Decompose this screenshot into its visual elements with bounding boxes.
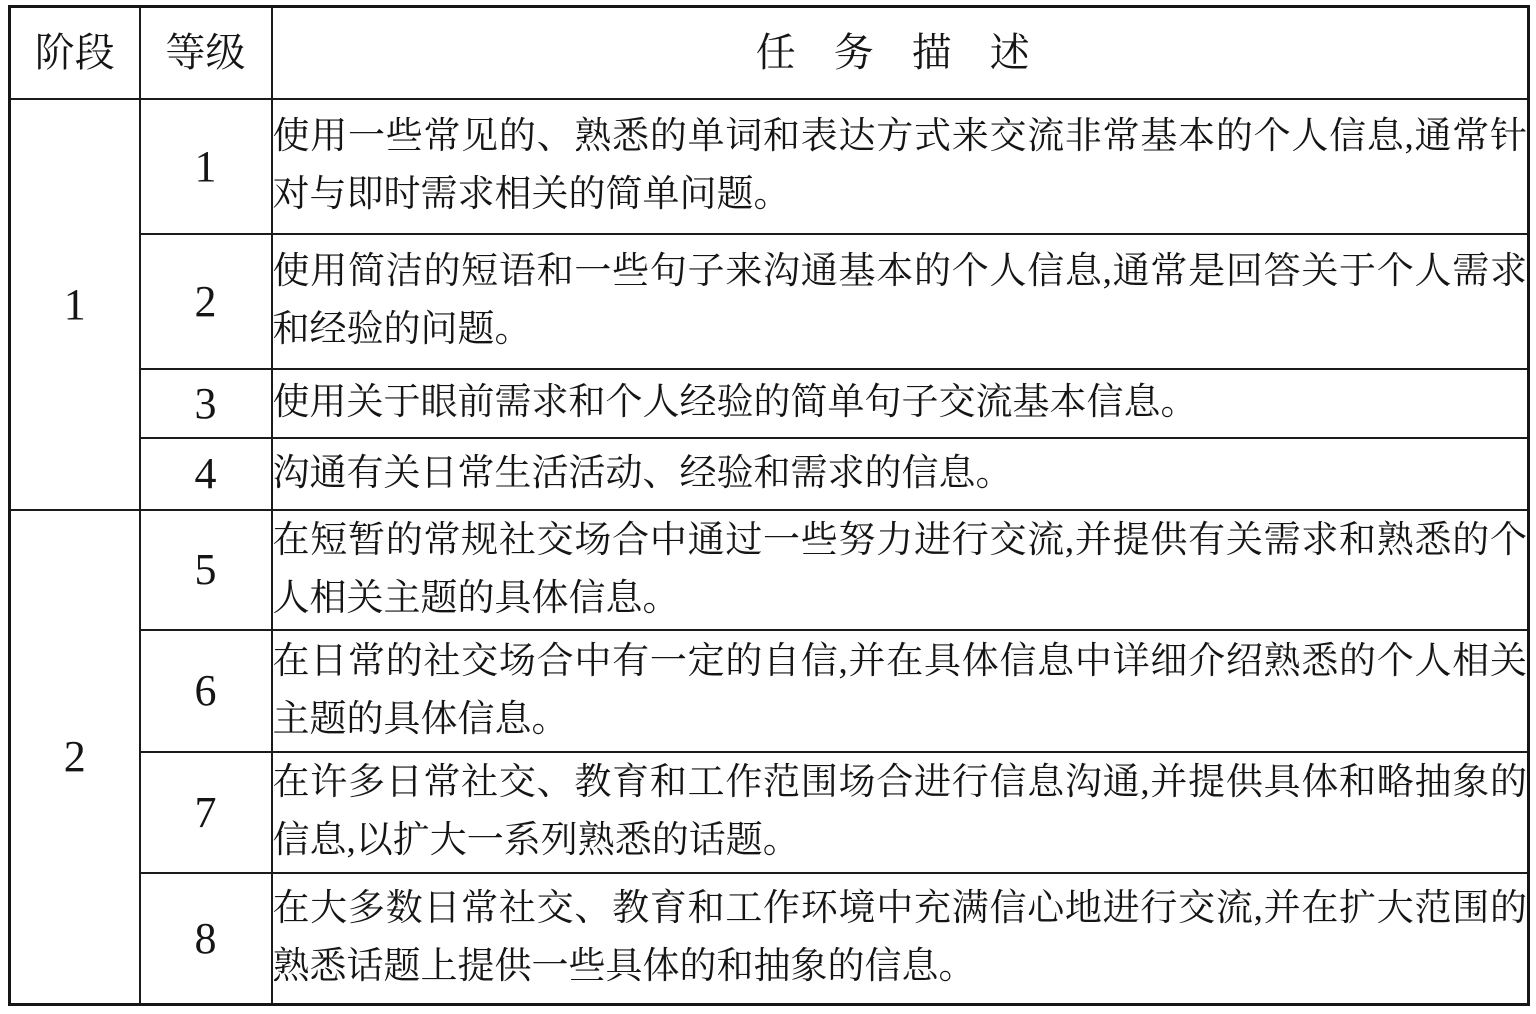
level-column-header: 等级: [140, 7, 272, 99]
table-row: 4 沟通有关日常生活活动、经验和需求的信息。: [10, 438, 1529, 510]
level-cell: 5: [140, 510, 272, 630]
task-description-cell: 使用关于眼前需求和个人经验的简单句子交流基本信息。: [272, 369, 1529, 438]
task-description-cell: 在短暂的常规社交场合中通过一些努力进行交流,并提供有关需求和熟悉的个人相关主题的…: [272, 510, 1529, 630]
task-column-header: 任 务 描 述: [272, 7, 1529, 99]
table-header-row: 阶段 等级 任 务 描 述: [10, 7, 1529, 99]
stage-2-cell: 2: [10, 510, 140, 1005]
level-cell: 2: [140, 234, 272, 369]
level-cell: 4: [140, 438, 272, 510]
level-cell: 8: [140, 873, 272, 1005]
table-row: 1 1 使用一些常见的、熟悉的单词和表达方式来交流非常基本的个人信息,通常针对与…: [10, 99, 1529, 234]
table-row: 2 5 在短暂的常规社交场合中通过一些努力进行交流,并提供有关需求和熟悉的个人相…: [10, 510, 1529, 630]
table-row: 7 在许多日常社交、教育和工作范围场合进行信息沟通,并提供具体和略抽象的信息,以…: [10, 752, 1529, 873]
level-cell: 7: [140, 752, 272, 873]
table-row: 6 在日常的社交场合中有一定的自信,并在具体信息中详细介绍熟悉的个人相关主题的具…: [10, 630, 1529, 752]
task-description-cell: 沟通有关日常生活活动、经验和需求的信息。: [272, 438, 1529, 510]
table-row: 8 在大多数日常社交、教育和工作环境中充满信心地进行交流,并在扩大范围的熟悉话题…: [10, 873, 1529, 1005]
document-page: 阶段 等级 任 务 描 述 1 1 使用一些常见的、熟悉的单词和表达方式来交流非…: [0, 0, 1536, 1014]
stage-1-cell: 1: [10, 99, 140, 510]
table-row: 2 使用简洁的短语和一些句子来沟通基本的个人信息,通常是回答关于个人需求和经验的…: [10, 234, 1529, 369]
task-description-cell: 在大多数日常社交、教育和工作环境中充满信心地进行交流,并在扩大范围的熟悉话题上提…: [272, 873, 1529, 1005]
task-description-cell: 在日常的社交场合中有一定的自信,并在具体信息中详细介绍熟悉的个人相关主题的具体信…: [272, 630, 1529, 752]
level-cell: 3: [140, 369, 272, 438]
task-description-cell: 使用一些常见的、熟悉的单词和表达方式来交流非常基本的个人信息,通常针对与即时需求…: [272, 99, 1529, 234]
table-row: 3 使用关于眼前需求和个人经验的简单句子交流基本信息。: [10, 369, 1529, 438]
task-description-cell: 使用简洁的短语和一些句子来沟通基本的个人信息,通常是回答关于个人需求和经验的问题…: [272, 234, 1529, 369]
task-description-cell: 在许多日常社交、教育和工作范围场合进行信息沟通,并提供具体和略抽象的信息,以扩大…: [272, 752, 1529, 873]
stage-column-header: 阶段: [10, 7, 140, 99]
level-cell: 6: [140, 630, 272, 752]
proficiency-table: 阶段 等级 任 务 描 述 1 1 使用一些常见的、熟悉的单词和表达方式来交流非…: [8, 5, 1530, 1006]
level-cell: 1: [140, 99, 272, 234]
